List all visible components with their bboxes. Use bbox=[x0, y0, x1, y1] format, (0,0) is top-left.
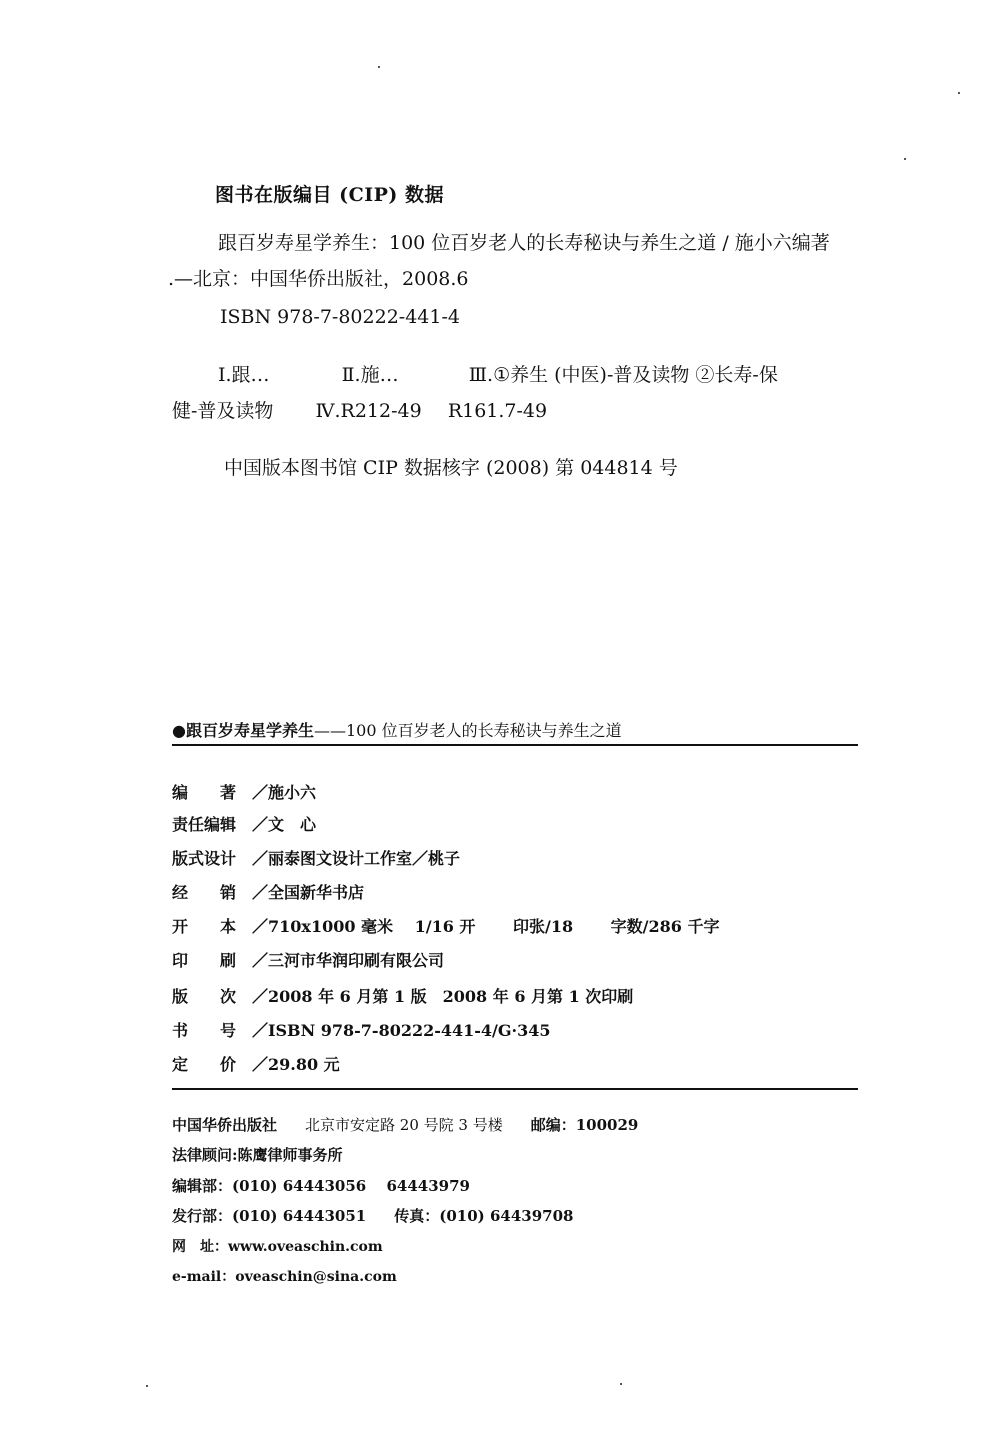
cip-publisher-line: .—北京：中国华侨出版社，2008.6 bbox=[168, 264, 469, 291]
divider-bottom bbox=[172, 1088, 858, 1090]
banner-title: 跟百岁寿星学养生 bbox=[186, 721, 314, 740]
colophon-label: 版 次 bbox=[172, 984, 252, 1007]
colophon-label: 版式设计 bbox=[172, 846, 252, 869]
colophon-row-price: 定 价／29.80 元 bbox=[172, 1052, 340, 1075]
colophon-row-format: 开 本／710x1000 毫米 1/16 开 印张/18 字数/286 千字 bbox=[172, 914, 720, 937]
colophon-label: 责任编辑 bbox=[172, 812, 252, 835]
colophon-value: ／三河市华润印刷有限公司 bbox=[252, 951, 444, 970]
publisher-address: 北京市安定路 20 号院 3 号楼 bbox=[305, 1116, 503, 1134]
subject-r2: R161.7-49 bbox=[448, 400, 547, 422]
publisher-email: e-mail：oveaschin@sina.com bbox=[172, 1266, 397, 1286]
publisher-address-line: 中国华侨出版社北京市安定路 20 号院 3 号楼邮编：100029 bbox=[172, 1114, 638, 1135]
publisher-editorial-phone: 编辑部：(010) 64443056 64443979 bbox=[172, 1175, 470, 1196]
colophon-value: ／丽泰图文设计工作室／桃子 bbox=[252, 849, 460, 868]
colophon-value: ／2008 年 6 月第 1 版 2008 年 6 月第 1 次印刷 bbox=[252, 987, 633, 1006]
scan-speck bbox=[378, 66, 380, 68]
banner-subtitle: ——100 位百岁老人的长寿秘诀与养生之道 bbox=[314, 721, 622, 740]
scan-speck bbox=[958, 92, 960, 94]
colophon-row-editor: 责任编辑／文 心 bbox=[172, 812, 316, 835]
subject-iii: Ⅲ.①养生 (中医)-普及读物 ②长寿-保 bbox=[469, 364, 778, 386]
colophon-row-distribution: 经 销／全国新华书店 bbox=[172, 880, 364, 903]
cip-subjects-line2: 健-普及读物 Ⅳ.R212-49 R161.7-49 bbox=[172, 396, 547, 423]
bullet-icon: ● bbox=[172, 721, 186, 740]
colophon-value: ／ISBN 978-7-80222-441-4/G·345 bbox=[252, 1021, 551, 1040]
publisher-postcode: 邮编：100029 bbox=[531, 1116, 639, 1134]
colophon-label: 编 著 bbox=[172, 780, 252, 803]
subject-ii: Ⅱ.施… bbox=[342, 364, 399, 386]
colophon-label: 开 本 bbox=[172, 914, 252, 937]
cip-number: 中国版本图书馆 CIP 数据核字 (2008) 第 044814 号 bbox=[224, 453, 678, 480]
publisher-distribution-line: 发行部：(010) 64443051传真：(010) 64439708 bbox=[172, 1205, 573, 1226]
cip-heading: 图书在版编目 (CIP) 数据 bbox=[215, 180, 444, 207]
colophon-row-edition: 版 次／2008 年 6 月第 1 版 2008 年 6 月第 1 次印刷 bbox=[172, 984, 633, 1007]
colophon-label: 定 价 bbox=[172, 1052, 252, 1075]
colophon-row-printer: 印 刷／三河市华润印刷有限公司 bbox=[172, 948, 444, 971]
publisher-legal: 法律顾问:陈鹰律师事务所 bbox=[172, 1144, 343, 1165]
publisher-distribution-phone: 发行部：(010) 64443051 bbox=[172, 1207, 366, 1225]
scan-speck bbox=[620, 1383, 622, 1385]
scan-speck bbox=[146, 1385, 148, 1387]
colophon-row-author: 编 著／施小六 bbox=[172, 780, 316, 803]
colophon-row-design: 版式设计／丽泰图文设计工作室／桃子 bbox=[172, 846, 460, 869]
publisher-name: 中国华侨出版社 bbox=[172, 1116, 277, 1134]
colophon-value: ／全国新华书店 bbox=[252, 883, 364, 902]
colophon-value: ／710x1000 毫米 1/16 开 印张/18 字数/286 千字 bbox=[252, 917, 720, 936]
cip-isbn: ISBN 978-7-80222-441-4 bbox=[220, 306, 460, 328]
colophon-value: ／29.80 元 bbox=[252, 1055, 340, 1074]
subject-continued: 健-普及读物 bbox=[172, 400, 273, 422]
colophon-label: 书 号 bbox=[172, 1018, 252, 1041]
cip-title-line: 跟百岁寿星学养生：100 位百岁老人的长寿秘诀与养生之道 / 施小六编著 bbox=[218, 228, 830, 255]
scan-speck bbox=[904, 158, 906, 160]
subject-iv: Ⅳ.R212-49 bbox=[316, 400, 422, 422]
colophon-row-isbn: 书 号／ISBN 978-7-80222-441-4/G·345 bbox=[172, 1018, 551, 1041]
subject-i: Ⅰ.跟… bbox=[218, 364, 270, 386]
publisher-website: 网 址：www.oveaschin.com bbox=[172, 1236, 383, 1256]
publisher-fax: 传真：(010) 64439708 bbox=[394, 1207, 573, 1225]
colophon-value: ／文 心 bbox=[252, 815, 316, 834]
colophon-value: ／施小六 bbox=[252, 783, 316, 802]
book-banner: ●跟百岁寿星学养生——100 位百岁老人的长寿秘诀与养生之道 bbox=[172, 718, 622, 741]
colophon-label: 经 销 bbox=[172, 880, 252, 903]
cip-subjects-line1: Ⅰ.跟… Ⅱ.施… Ⅲ.①养生 (中医)-普及读物 ②长寿-保 bbox=[218, 360, 778, 387]
colophon-label: 印 刷 bbox=[172, 948, 252, 971]
divider-top bbox=[172, 744, 858, 746]
